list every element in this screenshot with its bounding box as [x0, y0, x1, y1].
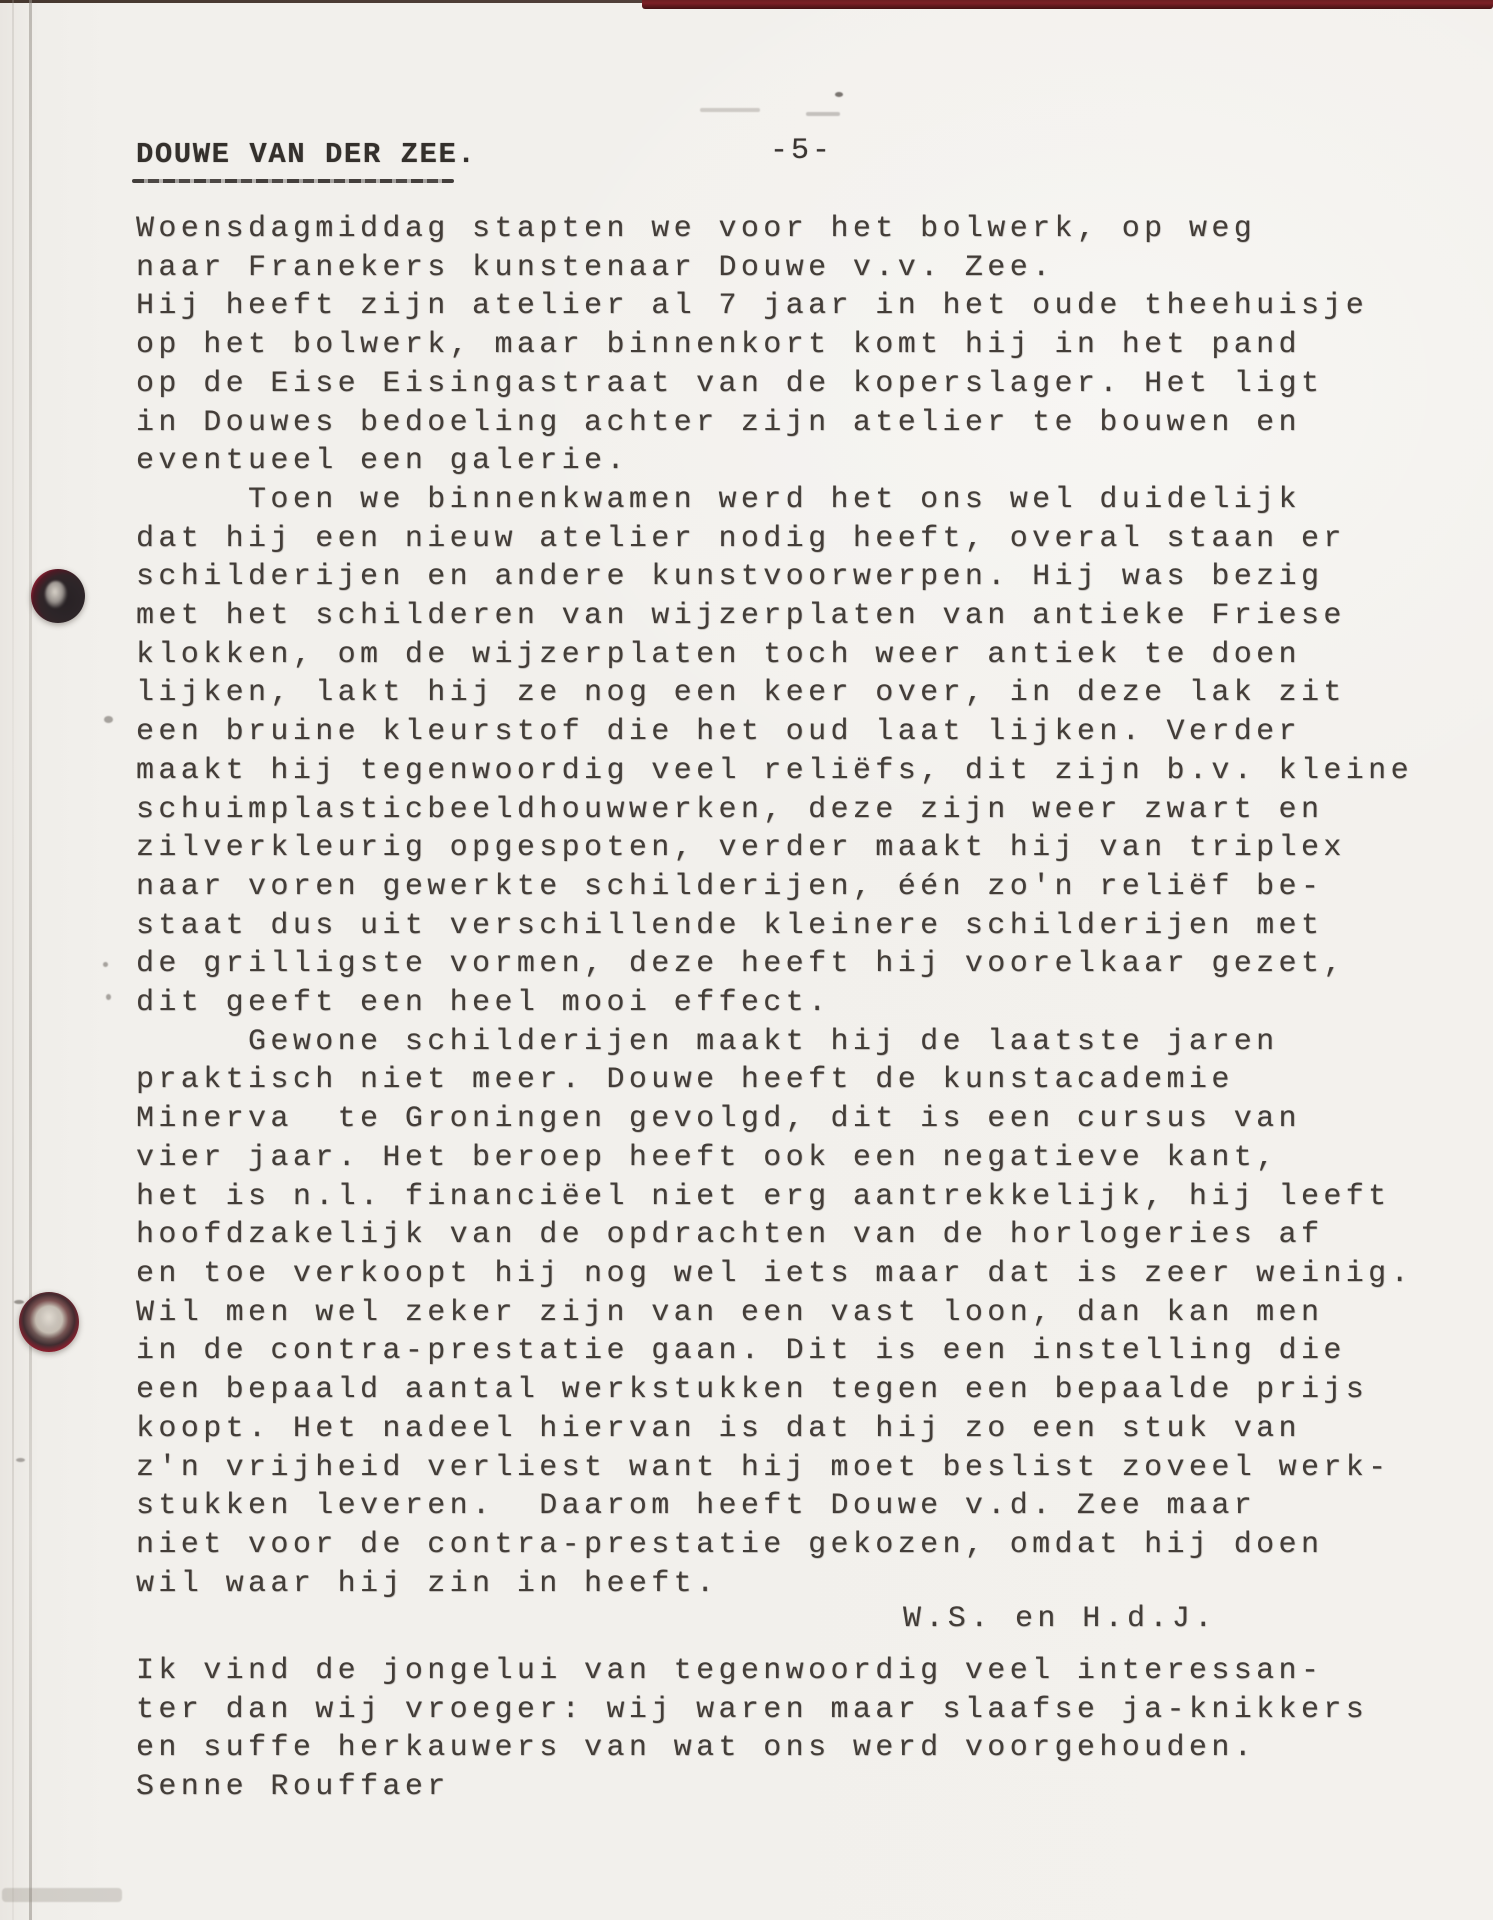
page-number: -5- [770, 134, 833, 168]
article-signature: W.S. en H.d.J. [903, 1600, 1217, 1639]
title-underline [132, 179, 454, 183]
paper-speck [14, 1300, 24, 1304]
paper-speck [104, 716, 113, 723]
paper-speck [106, 994, 111, 1000]
paper-smudge [2, 1888, 122, 1902]
paper-speck [16, 1458, 25, 1462]
binder-brad-icon [31, 569, 85, 623]
article-body-text: Woensdagmiddag stapten we voor het bolwe… [136, 210, 1413, 1603]
afterword-text: Ik vind de jongelui van tegenwoordig vee… [136, 1652, 1368, 1768]
paper-smudge [700, 108, 760, 112]
paper-fold-crease-faint [12, 0, 14, 1920]
paper-speck [103, 962, 108, 967]
afterword-block: Ik vind de jongelui van tegenwoordig vee… [136, 1652, 1368, 1807]
binding-tape-strip [642, 0, 1493, 9]
binder-brad-icon [19, 1292, 79, 1352]
afterword-author: Senne Rouffaer [136, 1768, 1368, 1807]
paper-speck [835, 92, 843, 97]
document-title: DOUWE VAN DER ZEE. [136, 138, 476, 171]
scanned-document-page: DOUWE VAN DER ZEE. -5- Woensdagmiddag st… [0, 0, 1493, 1920]
paper-smudge [806, 112, 840, 116]
paper-fold-crease [29, 0, 32, 1920]
